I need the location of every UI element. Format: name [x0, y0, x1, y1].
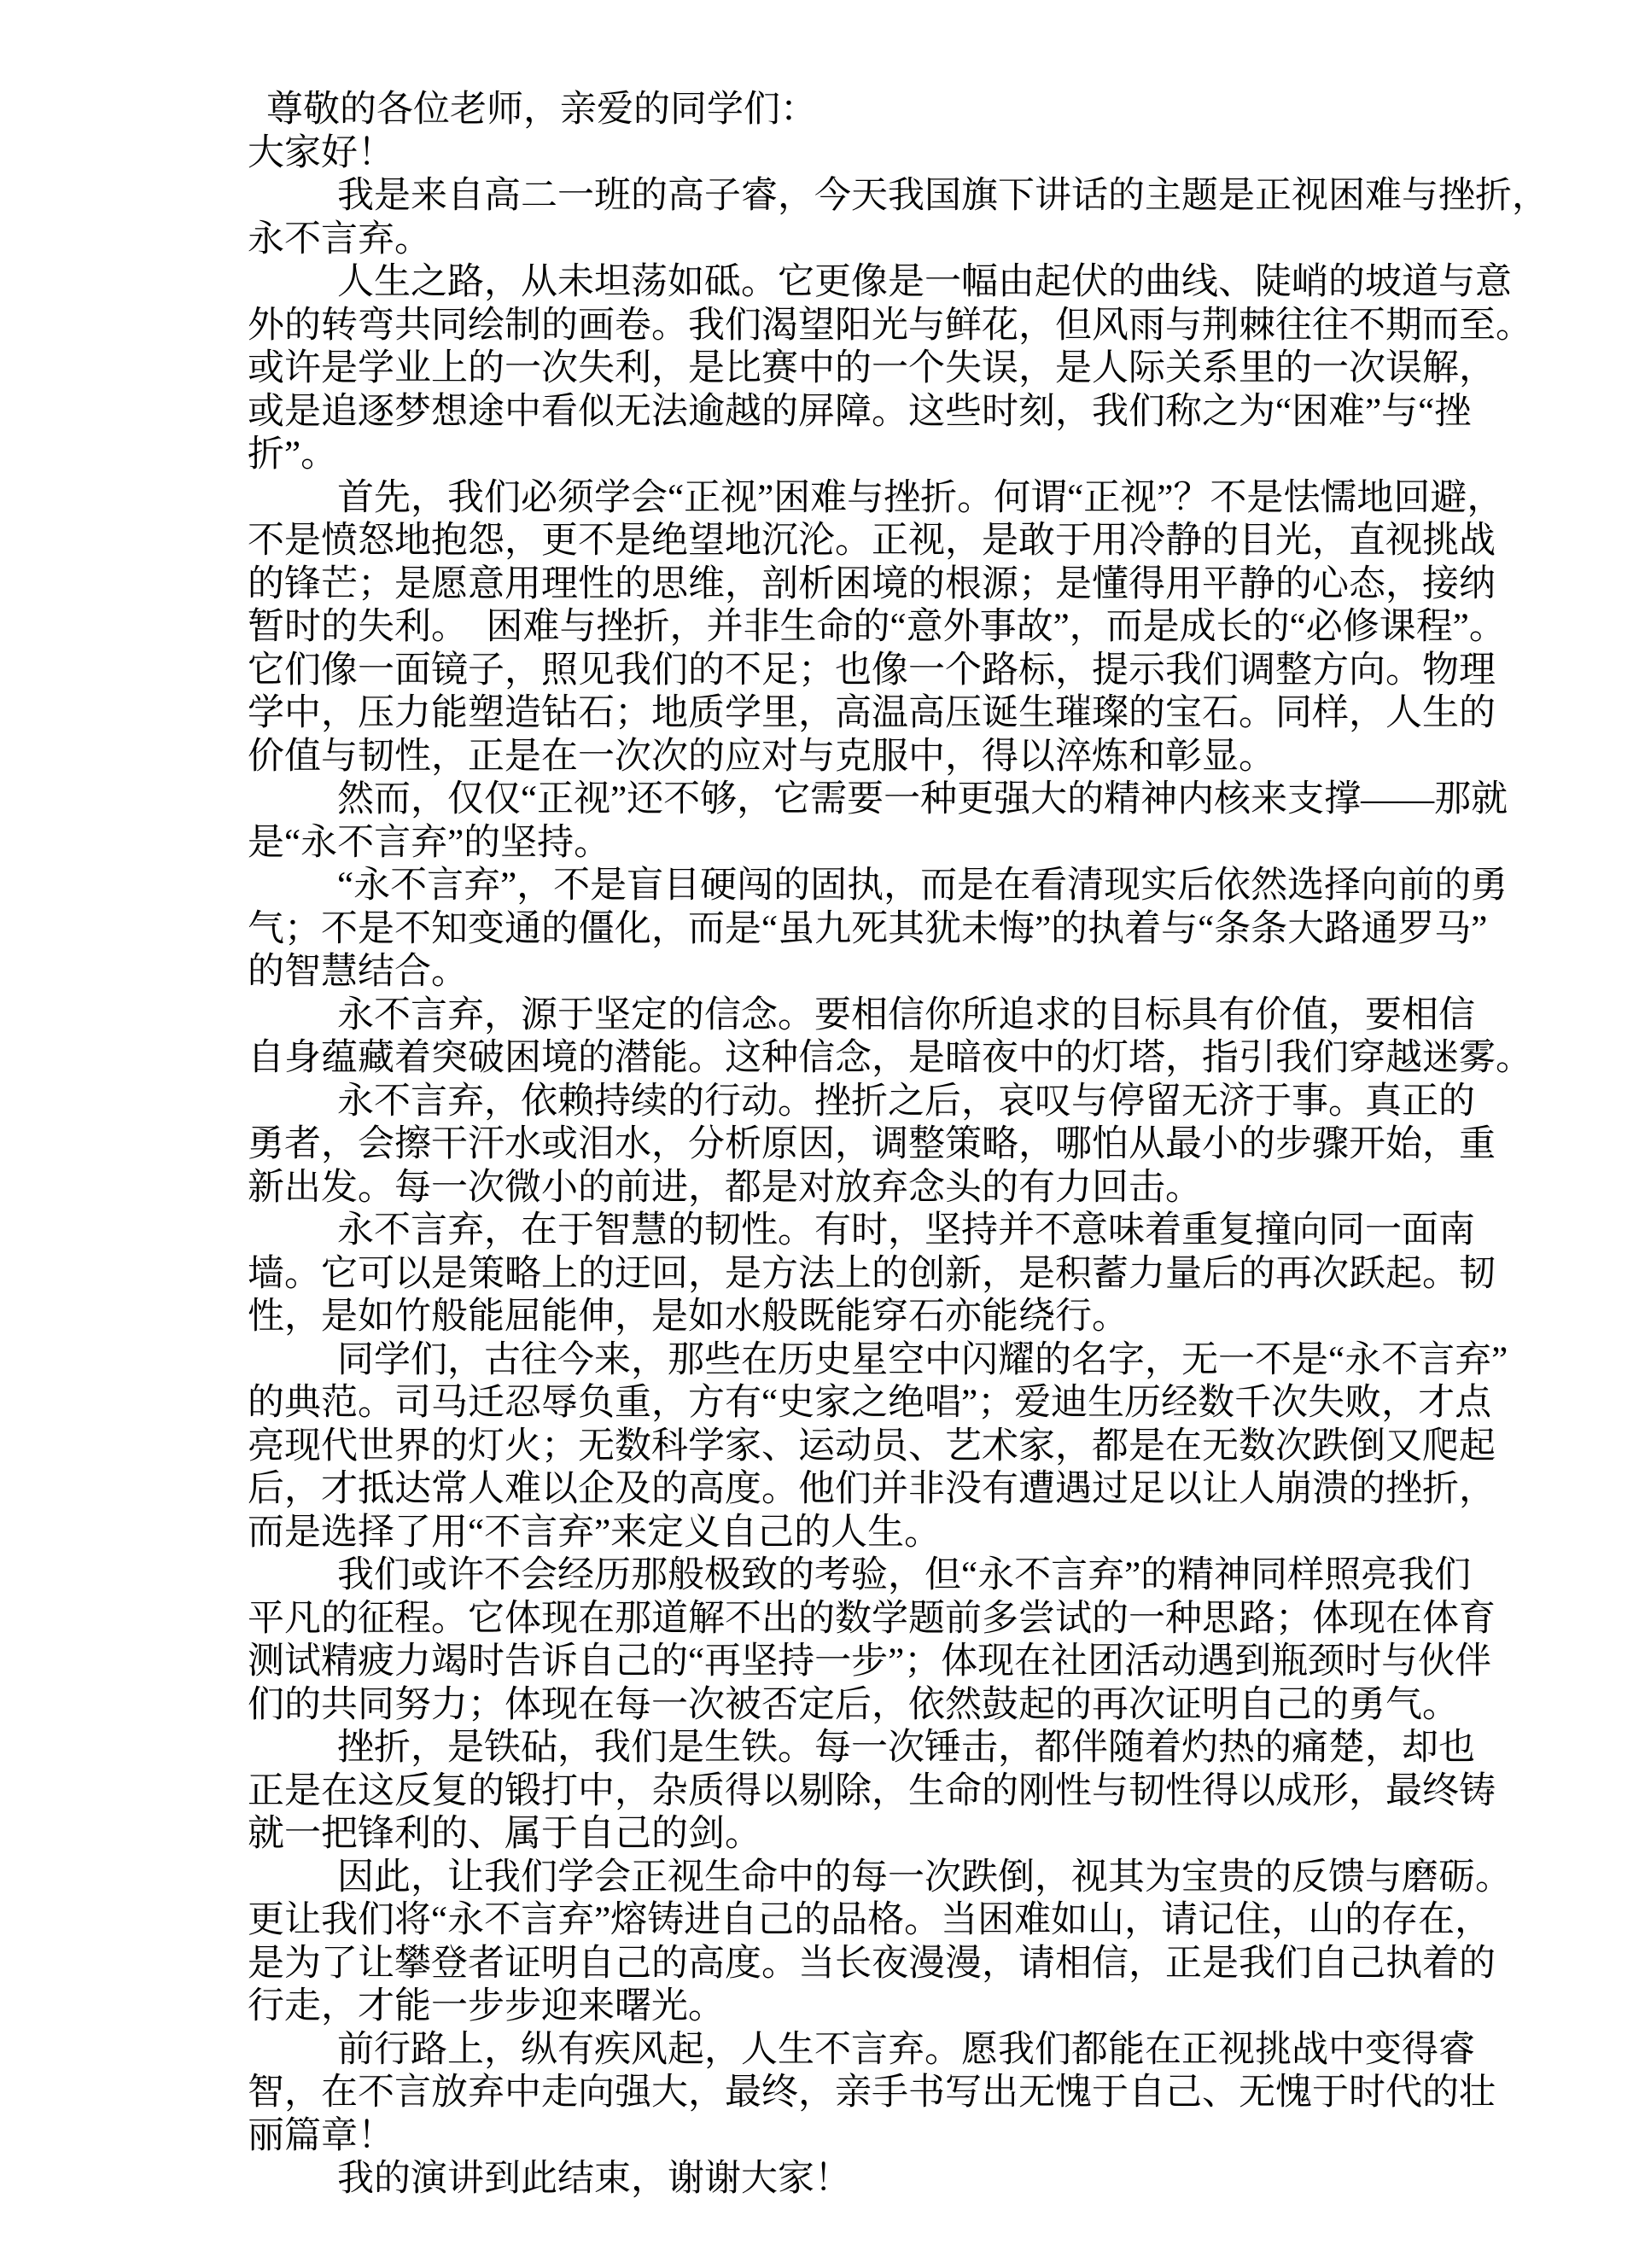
text-line: 自身蕴藏着突破困境的潜能。这种信念，是暗夜中的灯塔，指引我们穿越迷雾。	[248, 1037, 1443, 1081]
text-line: 暂时的失利。 困难与挫折，并非生命的“意外事故”，而是成长的“必修课程”。	[248, 606, 1443, 650]
text-line: 勇者，会擦干汗水或泪水，分析原因，调整策略，哪怕从最小的步骤开始，重	[248, 1123, 1443, 1167]
text-line: 智，在不言放弃中走向强大，最终，亲手书写出无愧于自己、无愧于时代的壮	[248, 2072, 1443, 2115]
text-line: 我的演讲到此结束，谢谢大家！	[337, 2158, 1443, 2201]
text-line: 我们或许不会经历那般极致的考验，但“永不言弃”的精神同样照亮我们	[337, 1554, 1443, 1598]
text-line: 我是来自高二一班的高子睿，今天我国旗下讲话的主题是正视困难与挫折，	[337, 175, 1443, 219]
text-line: 性，是如竹般能屈能伸，是如水般既能穿石亦能绕行。	[248, 1296, 1443, 1339]
text-line: 的锋芒；是愿意用理性的思维，剖析困境的根源；是懂得用平静的心态，接纳	[248, 563, 1443, 607]
text-line: 永不言弃。	[248, 219, 1443, 262]
text-line: 或许是学业上的一次失利，是比赛中的一个失误，是人际关系里的一次误解，	[248, 347, 1443, 391]
text-line: 它们像一面镜子，照见我们的不足；也像一个路标，提示我们调整方向。物理	[248, 650, 1443, 693]
text-line: 是“永不言弃”的坚持。	[248, 822, 1443, 866]
text-line: 大家好！	[248, 132, 1443, 176]
text-line: 永不言弃，在于智慧的韧性。有时，坚持并不意味着重复撞向同一面南	[337, 1210, 1443, 1253]
text-line: 而是选择了用“不言弃”来定义自己的人生。	[248, 1512, 1443, 1555]
text-line: 不是愤怒地抱怨，更不是绝望地沉沦。正视，是敢于用冷静的目光，直视挑战	[248, 520, 1443, 563]
text-line: 永不言弃，源于坚定的信念。要相信你所追求的目标具有价值，要相信	[337, 994, 1443, 1038]
text-line: 永不言弃，依赖持续的行动。挫折之后，哀叹与停留无济于事。真正的	[337, 1081, 1443, 1124]
text-line: 更让我们将“永不言弃”熔铸进自己的品格。当困难如山，请记住，山的存在，	[248, 1899, 1443, 1943]
text-line: 平凡的征程。它体现在那道解不出的数学题前多尝试的一种思路；体现在体育	[248, 1598, 1443, 1641]
speech-text: 尊敬的各位老师，亲爱的同学们：大家好！我是来自高二一班的高子睿，今天我国旗下讲话…	[248, 89, 1443, 2201]
text-line: 后，才抵达常人难以企及的高度。他们并非没有遭遇过足以让人崩溃的挫折，	[248, 1468, 1443, 1512]
text-line: 测试精疲力竭时告诉自己的“再坚持一步”；体现在社团活动遇到瓶颈时与伙伴	[248, 1641, 1443, 1684]
text-line: 挫折，是铁砧，我们是生铁。每一次锤击，都伴随着灼热的痛楚，却也	[337, 1727, 1443, 1770]
text-line: 墙。它可以是策略上的迂回，是方法上的创新，是积蓄力量后的再次跃起。韧	[248, 1253, 1443, 1297]
text-line: 新出发。每一次微小的前进，都是对放弃念头的有力回击。	[248, 1167, 1443, 1210]
text-line: “永不言弃”，不是盲目硬闯的固执，而是在看清现实后依然选择向前的勇	[337, 865, 1443, 908]
text-line: 就一把锋利的、属于自己的剑。	[248, 1813, 1443, 1857]
text-line: 价值与韧性，正是在一次次的应对与克服中，得以淬炼和彰显。	[248, 736, 1443, 779]
text-line: 然而，仅仅“正视”还不够，它需要一种更强大的精神内核来支撑——那就	[337, 778, 1443, 822]
text-line: 的智慧结合。	[248, 951, 1443, 994]
text-line: 人生之路，从未坦荡如砥。它更像是一幅由起伏的曲线、陡峭的坡道与意	[337, 261, 1443, 305]
text-line: 丽篇章！	[248, 2115, 1443, 2159]
text-line: 首先，我们必须学会“正视”困难与挫折。何谓“正视”？不是怯懦地回避，	[337, 477, 1443, 521]
text-line: 是为了让攀登者证明自己的高度。当长夜漫漫，请相信，正是我们自己执着的	[248, 1943, 1443, 1986]
text-line: 行走，才能一步步迎来曙光。	[248, 1985, 1443, 2029]
text-line: 前行路上，纵有疾风起，人生不言弃。愿我们都能在正视挑战中变得睿	[337, 2029, 1443, 2073]
text-line: 同学们，古往今来，那些在历史星空中闪耀的名字，无一不是“永不言弃”	[337, 1339, 1443, 1383]
text-line: 尊敬的各位老师，亲爱的同学们：	[266, 89, 1443, 132]
text-line: 折”。	[248, 434, 1443, 477]
text-line: 们的共同努力；体现在每一次被否定后，依然鼓起的再次证明自己的勇气。	[248, 1684, 1443, 1728]
text-line: 正是在这反复的锻打中，杂质得以剔除，生命的刚性与韧性得以成形，最终铸	[248, 1770, 1443, 1814]
text-line: 或是追逐梦想途中看似无法逾越的屏障。这些时刻，我们称之为“困难”与“挫	[248, 391, 1443, 434]
text-line: 学中，压力能塑造钻石；地质学里，高温高压诞生璀璨的宝石。同样，人生的	[248, 692, 1443, 736]
text-line: 因此，让我们学会正视生命中的每一次跌倒，视其为宝贵的反馈与磨砺。	[337, 1857, 1443, 1900]
text-line: 气；不是不知变通的僵化，而是“虽九死其犹未悔”的执着与“条条大路通罗马”	[248, 908, 1443, 952]
document-page: 尊敬的各位老师，亲爱的同学们：大家好！我是来自高二一班的高子睿，今天我国旗下讲话…	[0, 0, 1639, 2268]
text-line: 外的转弯共同绘制的画卷。我们渴望阳光与鲜花，但风雨与荆棘往往不期而至。	[248, 305, 1443, 348]
text-line: 的典范。司马迁忍辱负重，方有“史家之绝唱”；爱迪生历经数千次失败，才点	[248, 1382, 1443, 1426]
text-line: 亮现代世界的灯火；无数科学家、运动员、艺术家，都是在无数次跌倒又爬起	[248, 1426, 1443, 1469]
